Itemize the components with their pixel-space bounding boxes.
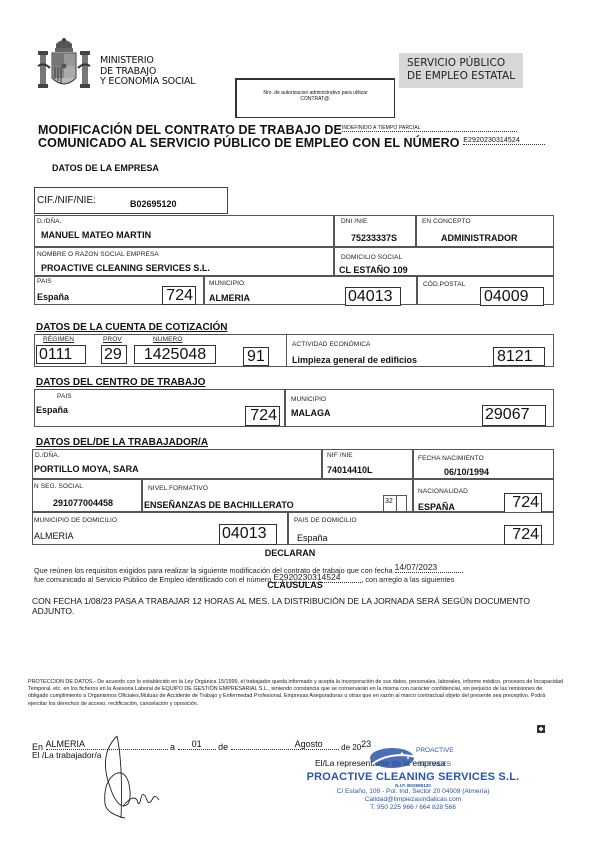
fecha-nacimiento-value: 06/10/1994: [444, 467, 489, 477]
communication-number: E2920230314524: [463, 137, 545, 145]
fecha-nacimiento-cell: FECHA NACIMIENTO 06/10/1994: [413, 449, 554, 479]
dni-cell: DNI /NIE 75233337S: [334, 215, 416, 247]
nif-trabajador-cell: NIF /NIE 74014410L: [322, 449, 413, 479]
pais-domicilio-code: 724: [504, 525, 542, 545]
actividad-value: Limpieza general de edificios: [292, 355, 417, 365]
municipio-value: ALMERIA: [209, 293, 250, 303]
ministry-line: Y ECONOMÍA SOCIAL: [100, 77, 195, 88]
stamp-email: Calidad@limpiezasindalicas.com: [298, 796, 528, 804]
representative-cell: D./DÑA. MANUEL MATEO MARTIN: [34, 215, 334, 247]
dni-value: 75233337S: [351, 233, 397, 243]
domicilio-value: CL ESTAÑO 109: [339, 265, 408, 275]
pais-value: España: [37, 292, 69, 302]
pais-centro-cell: PAIS España 724: [34, 389, 285, 427]
field-label: RÉGIMEN: [43, 336, 74, 343]
municipio-code: 29067: [482, 405, 546, 426]
sepe-line: DE EMPLEO ESTATAL: [407, 70, 523, 83]
section-title-trabajador: DATOS DEL/DE LA TRABAJADOR/A: [36, 437, 208, 448]
cotizacion-cell: RÉGIMEN 0111 PROV 29 NUMERO 1425048 91: [34, 334, 286, 367]
field-label: NUMERO: [153, 336, 183, 343]
field-label: N SEG. SOCIAL: [34, 483, 83, 490]
privacy-notice: PROTECCION DE DATOS.- De acuerdo con lo …: [28, 679, 563, 708]
spain-coat-of-arms-icon: [36, 36, 92, 98]
prov-value: 29: [101, 345, 127, 364]
actividad-cell: ACTIVIDAD ECONÓMICA Limpieza general de …: [286, 334, 554, 367]
pais-value: España: [36, 405, 68, 415]
stamp-company: PROACTIVE CLEANING SERVICES S.L.: [298, 771, 528, 783]
section-title-cotizacion: DATOS DE LA CUENTA DE COTIZACIÓN: [36, 322, 227, 333]
firma-de-label: de: [218, 742, 228, 752]
authorization-box: Nro. de autorizacion administrativo para…: [235, 78, 395, 118]
control-digit-value: 91: [243, 347, 269, 366]
section-title-empresa: DATOS DE LA EMPRESA: [52, 163, 159, 173]
clausulas-heading: CLÁUSULAS: [230, 580, 360, 590]
pais-code: 724: [245, 406, 280, 426]
company-stamp: PROACTIVE CLEANING SERVICES S.L. N.I.F. …: [298, 771, 528, 812]
trabajador-signature-label: El /La trabajador/a: [32, 750, 101, 760]
razon-social-cell: NOMBRE O RAZON SOCIAL EMPRESA PROACTIVE …: [34, 247, 334, 276]
field-label: NACIONALIDAD: [418, 488, 468, 495]
razon-social-value: PROACTIVE CLEANING SERVICES S.L.: [41, 263, 210, 273]
codigo-postal-value: 04009: [480, 287, 544, 306]
expand-icon[interactable]: [537, 725, 545, 733]
field-label: MUNICIPIO DE DOMICILIO: [34, 517, 117, 524]
field-label: NOMBRE O RAZON SOCIAL EMPRESA: [37, 251, 159, 258]
cif-box: CIF./NIF/NIE: B02695120: [34, 187, 228, 214]
stamp-phone: T. 950 225 966 / 664 828 566: [298, 804, 528, 812]
field-label: D./DÑA.: [35, 452, 60, 459]
field-label: DNI /NIE: [341, 218, 367, 225]
nombre-trabajador-cell: D./DÑA. PORTILLO MOYA, SARA: [32, 449, 322, 479]
field-label: DOMICILIO SOCIAL: [341, 254, 402, 261]
declaran-heading: DECLARAN: [230, 548, 350, 558]
municipio-value: MALAGA: [291, 408, 331, 418]
logo-text: PROACTIVE: [416, 747, 454, 754]
nif-trabajador-value: 74014410L: [327, 465, 373, 475]
nss-value: 291077004458: [53, 498, 113, 508]
field-label: NIVEL FORMATIVO: [148, 485, 208, 492]
municipio-domicilio-code: 04013: [219, 524, 277, 545]
field-label: CÓD.POSTAL: [423, 281, 465, 288]
municipio-empresa-cell: MUNICIPIO ALMERIA 04013: [204, 276, 417, 305]
worker-signature: [95, 734, 175, 820]
field-label: ACTIVIDAD ECONÓMICA: [292, 341, 370, 348]
section-title-centro: DATOS DEL CENTRO DE TRABAJO: [36, 377, 205, 388]
concepto-cell: EN CONCEPTO ADMINISTRADOR: [416, 215, 554, 247]
municipio-centro-cell: MUNICIPIO MALAGA 29067: [285, 389, 554, 427]
ministry-name: MINISTERIO DE TRABAJO Y ECONOMÍA SOCIAL: [100, 56, 195, 88]
codigo-postal-cell: CÓD.POSTAL 04009: [417, 276, 554, 305]
nss-cell: N SEG. SOCIAL 291077004458: [32, 479, 142, 512]
nombre-trabajador-value: PORTILLO MOYA, SARA: [34, 464, 139, 474]
declaran-text: , con arreglo a las siguientes: [361, 575, 454, 584]
municipio-code: 04013: [345, 287, 401, 306]
regimen-value: 0111: [36, 345, 86, 364]
nacionalidad-code: 724: [504, 493, 542, 513]
municipio-domicilio-cell: MUNICIPIO DE DOMICILIO ALMERIA 04013: [32, 512, 288, 545]
field-label: PAIS DE DOMICILIO: [294, 517, 357, 524]
actividad-code: 8121: [493, 347, 545, 366]
authorization-label: CONTRAT@:: [237, 96, 394, 102]
firma-anio-prefix: de 20: [341, 743, 361, 752]
field-label: FECHA NACIMIENTO: [418, 455, 484, 462]
field-label: D./DÑA.: [37, 218, 62, 225]
field-label: PAIS: [57, 393, 72, 400]
field-label: MUNICIPIO: [291, 396, 326, 403]
pais-code: 724: [162, 286, 196, 305]
municipio-domicilio-value: ALMERIA: [34, 531, 74, 541]
stamp-address: C/ Estaño, 109 - Pol. Ind. Sector 20 040…: [298, 788, 528, 796]
field-label: MUNICIPIO: [209, 280, 244, 287]
nacionalidad-value: ESPAÑA: [418, 502, 455, 512]
nivel-formativo-cell: NIVEL FORMATIVO ENSEÑANZAS DE BACHILLERA…: [142, 479, 413, 512]
cif-value: B02695120: [130, 199, 177, 209]
pais-empresa-cell: PAIS España 724: [34, 276, 204, 305]
sepe-logo: SERVICIO PÚBLICO DE EMPLEO ESTATAL: [399, 53, 523, 88]
representative-value: MANUEL MATEO MARTIN: [41, 230, 151, 240]
numero-value: 1425048: [134, 345, 216, 364]
title-text: MODIFICACIÓN DEL CONTRATO DE TRABAJO DE: [38, 123, 342, 137]
firma-mes: Agosto: [231, 739, 339, 750]
clausulas-text: CON FECHA 1/08/23 PASA A TRABAJAR 12 HOR…: [32, 596, 552, 616]
field-label: PAIS: [37, 278, 52, 285]
sepe-line: SERVICIO PÚBLICO: [407, 57, 523, 70]
cif-label: CIF./NIF/NIE:: [37, 195, 96, 206]
nacionalidad-cell: NACIONALIDAD ESPAÑA 724: [413, 479, 554, 512]
field-label: EN CONCEPTO: [422, 218, 471, 225]
field-label: PROV: [103, 336, 122, 343]
document-title: MODIFICACIÓN DEL CONTRATO DE TRABAJO DEI…: [38, 123, 517, 137]
field-label: NIF /NIE: [327, 452, 353, 459]
nivel-formativo-code: 32: [383, 495, 407, 512]
code-divider: [396, 496, 397, 511]
ministry-line: MINISTERIO: [100, 56, 195, 67]
nivel-formativo-value: ENSEÑANZAS DE BACHILLERATO: [144, 500, 294, 510]
domicilio-cell: DOMICILIO SOCIAL CL ESTAÑO 109: [334, 247, 554, 276]
nivel-code-text: 32: [385, 498, 393, 505]
firma-dia: 01: [178, 739, 216, 750]
pais-domicilio-value: España: [297, 533, 328, 543]
title-text: COMUNICADO AL SERVICIO PÚBLICO DE EMPLEO…: [38, 136, 460, 150]
logo-text: SERVICES: [416, 761, 454, 768]
contract-type: INDEFINIDO A TIEMPO PARCIAL: [342, 125, 517, 132]
concepto-value: ADMINISTRADOR: [441, 233, 518, 243]
pais-domicilio-cell: PAIS DE DOMICILIO España 724: [288, 512, 554, 545]
document-subtitle: COMUNICADO AL SERVICIO PÚBLICO DE EMPLEO…: [38, 136, 545, 150]
company-logo-text: PROACTIVE SERVICES: [416, 747, 454, 768]
